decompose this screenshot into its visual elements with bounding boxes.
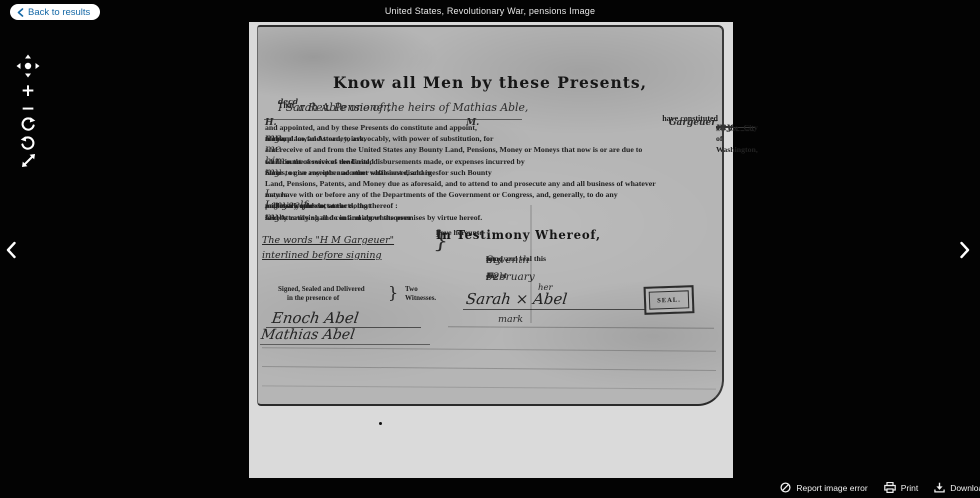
document-body-line: and every other act or acts, that I myse… [265, 200, 716, 211]
margin-note: The words "H M Gargeuer" interlined befo… [262, 233, 442, 263]
document-body-line: and receive of and from the United State… [265, 144, 716, 155]
download-button[interactable]: Download [934, 482, 980, 493]
document-body-line: on account of services rendered, disburs… [265, 156, 716, 167]
witness-signature-rule [260, 344, 430, 345]
chevron-right-icon [959, 247, 971, 262]
document-body-line: nature I may have with or before any of … [265, 189, 716, 200]
scan-speck [379, 422, 382, 425]
page-crease-line [448, 326, 714, 328]
text-segment: while in the service of the United [265, 156, 374, 167]
signed-sealed-block: Signed, Sealed and Delivered in the pres… [278, 285, 365, 303]
viewer-stage: United States, Revolutionary War, pensio… [0, 0, 980, 498]
witness-signature: Enoch Abel [271, 309, 360, 327]
text-segment: decd [278, 97, 298, 106]
text-segment: said Attorney shall do in and about the … [265, 212, 482, 223]
print-button[interactable]: Print [884, 482, 918, 493]
document-page: Know all Men by these Presents, That I S… [257, 25, 724, 406]
page-title: United States, Revolutionary War, pensio… [0, 6, 980, 16]
signed-sealed-line: Signed, Sealed and Delivered [278, 285, 365, 294]
document-intro-line: That I Sarah Able one of the heirs of Ma… [278, 101, 716, 110]
witness-signature: Mathias Abel [260, 327, 356, 343]
document-body-line: true and lawful Attorney, irrevocably, w… [265, 133, 716, 144]
document-body-line: States, or on any other account whatsoev… [265, 167, 716, 178]
text-segment: Land, Pensions, Patents, and Money due a… [265, 178, 656, 189]
report-error-icon [780, 482, 791, 493]
back-to-results-button[interactable]: Back to results [10, 4, 100, 20]
text-segment: name to give receipts and other sufficie… [265, 167, 492, 178]
document-body-line: Land, Pensions, Patents, and Money due a… [265, 178, 716, 189]
footer-actions: Report image error Print Download [780, 482, 980, 493]
margin-note-line: interlined before signing [262, 248, 442, 263]
back-button-label: Back to results [28, 7, 90, 18]
page-crease-line [262, 366, 716, 371]
document-body-line: hereby ratifying and confirming whatsoev… [265, 212, 716, 223]
document-heading: Know all Men by these Presents, [258, 73, 722, 92]
text-segment: 52 [486, 271, 499, 283]
scan-image[interactable]: Know all Men by these Presents, That I S… [249, 22, 733, 478]
margin-note-line: The words "H M Gargeuer" [262, 233, 442, 248]
signature-rule [463, 309, 645, 310]
report-image-error-button[interactable]: Report image error [780, 482, 867, 493]
witness-brace: } [388, 283, 398, 302]
text-segment: Seventh [486, 254, 529, 266]
text-segment: may have with or before any of the Depar… [265, 189, 618, 200]
next-image-button[interactable] [959, 241, 971, 262]
text-segment: my [716, 122, 733, 133]
text-segment: and receive of and from the United State… [265, 144, 642, 155]
text-segment: personally present at the doing thereof … [265, 200, 398, 211]
signed-sealed-line: in the presence of [278, 294, 365, 303]
signature-sarah-abel: Sarah × Abel [465, 290, 568, 308]
download-icon [934, 482, 945, 493]
rotate-clockwise-icon [20, 116, 36, 135]
seal-box: SEAL. [644, 285, 695, 315]
document-body-paragraph: and appointed, and by these Presents do … [265, 122, 716, 223]
text-segment: a Rev. Pensioner, [298, 101, 390, 114]
text-segment: H. M. Gargeuer [265, 118, 716, 128]
two-witnesses-label: Two Witnesses. [405, 285, 436, 303]
page-crease-line [262, 385, 716, 389]
previous-image-button[interactable] [5, 241, 17, 262]
print-icon [884, 482, 896, 493]
expand-diagonal-icon [21, 153, 36, 171]
page-crease-line [262, 347, 716, 352]
text-segment: have hereunto [436, 228, 483, 237]
back-chevron-icon [17, 8, 24, 17]
vertical-fold-crease [530, 205, 532, 323]
report-error-label: Report image error [796, 483, 867, 493]
download-label: Download [950, 483, 980, 493]
document-body-line: and appointed, and by these Presents do … [265, 122, 716, 133]
expand-button[interactable] [15, 151, 41, 173]
pan-control-icon[interactable] [15, 52, 41, 80]
signature-mark: mark [498, 314, 523, 325]
seal-label: SEAL. [657, 296, 681, 304]
chevron-left-icon [5, 247, 17, 262]
text-segment: me [265, 144, 281, 155]
zoom-in-icon: + [21, 83, 35, 100]
print-label: Print [901, 483, 918, 493]
